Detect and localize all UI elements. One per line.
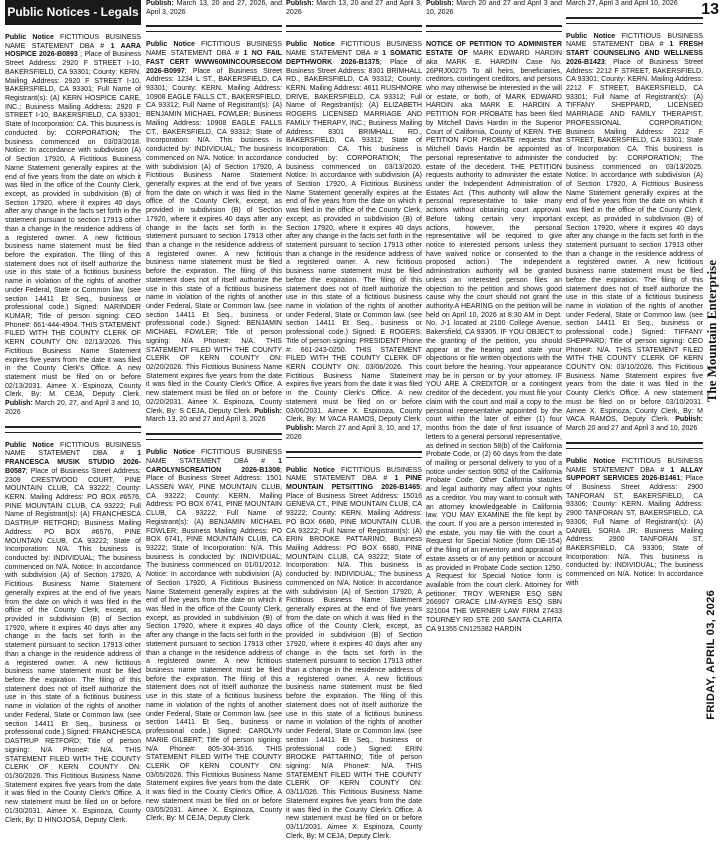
- notice-somatic-depthwork: Public Notice FICTITIOUS BUSINESS NAME S…: [286, 41, 422, 442]
- notice-no-fail-fast-cert: Public Notice FICTITIOUS BUSINESS NAME S…: [146, 41, 282, 425]
- column-2: Publish: March 13, 20 and 27, 2026, and …: [146, 0, 282, 824]
- notice-carolynscreation: Public Notice FICTITIOUS BUSINESS NAME S…: [146, 449, 282, 824]
- page-number: 13: [701, 1, 719, 19]
- divider: [566, 442, 703, 449]
- column-4: Publish: March 20 and 27 and April 3 and…: [426, 0, 562, 634]
- notice-petition-hardin-estate-cont: March 27, April 3 and April 10, 2026: [566, 0, 703, 9]
- notice-fresh-start-counseling: Public Notice FICTITIOUS BUSINESS NAME S…: [566, 33, 703, 434]
- divider: [146, 433, 282, 440]
- notice-allay-support-services: Public Notice FICTITIOUS BUSINESS NAME S…: [566, 458, 703, 589]
- newspaper-page: Public Notices - Legals Public Notice FI…: [0, 0, 721, 854]
- column-5: March 27, April 3 and April 10, 2026 Pub…: [566, 0, 703, 589]
- divider: [286, 451, 422, 458]
- notice-francesca-musik-studio-cont: Publish: March 13, 20 and 27, 2026, and …: [146, 0, 282, 17]
- notice-carolynscreation-cont: Publish: March 13, 20 and 27 and April 3…: [286, 0, 422, 17]
- divider: [566, 17, 703, 24]
- divider: [286, 25, 422, 32]
- column-1: Public Notices - Legals Public Notice FI…: [5, 0, 141, 825]
- notice-pine-mountain-petsitting-cont: Publish: March 20 and 27 and April 3 and…: [426, 0, 562, 17]
- notice-petition-hardin-estate: NOTICE OF PETITION TO ADMINISTER ESTATE …: [426, 41, 562, 634]
- column-3: Publish: March 13, 20 and 27 and April 3…: [286, 0, 422, 841]
- notice-pine-mountain-petsitting: Public Notice FICTITIOUS BUSINESS NAME S…: [286, 467, 422, 842]
- masthead: The Mountain Enterprise: [704, 260, 720, 402]
- dateline: FRIDAY, APRIL 03, 2026: [705, 590, 717, 720]
- divider: [426, 25, 562, 32]
- section-title: Public Notices - Legals: [5, 0, 141, 25]
- divider: [146, 25, 282, 32]
- side-strip: 13 The Mountain Enterprise FRIDAY, APRIL…: [703, 0, 721, 854]
- notice-francesca-musik-studio: Public Notice FICTITIOUS BUSINESS NAME S…: [5, 442, 141, 826]
- divider: [5, 426, 141, 433]
- notice-aara-hospice: Public Notice FICTITIOUS BUSINESS NAME S…: [5, 34, 141, 418]
